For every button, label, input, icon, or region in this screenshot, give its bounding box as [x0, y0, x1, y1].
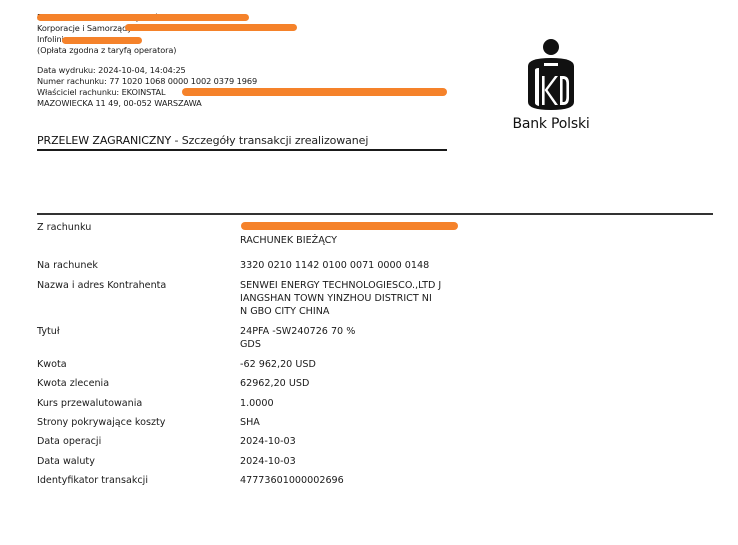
detail-label: Z rachunku: [37, 221, 237, 234]
detail-value: -62 962,20 USD: [240, 358, 455, 371]
pko-piggybank-icon: [525, 38, 577, 112]
detail-value: 1.0000: [240, 397, 455, 410]
account-number: Numer rachunku: 77 1020 1068 0000 1002 0…: [37, 76, 257, 87]
pko-logo: Bank Polski: [510, 38, 592, 132]
detail-label: Identyfikator transakcji: [37, 474, 237, 487]
detail-label: Kwota zlecenia: [37, 377, 237, 390]
title-main: PRZELEW ZAGRANICZNY: [37, 134, 171, 147]
detail-label: Kwota: [37, 358, 237, 371]
print-date-label: Data wydruku:: [37, 65, 96, 75]
detail-label: Kurs przewalutowania: [37, 397, 237, 410]
account-owner-fragment: EKOINSTAL: [122, 87, 166, 97]
detail-label: Tytuł: [37, 325, 237, 338]
redaction-bar: [37, 14, 249, 21]
detail-value: 2024-10-03: [240, 435, 455, 448]
redaction-bar: [241, 222, 458, 230]
account-owner-label: Właściciel rachunku:: [37, 87, 119, 97]
owner-address: MAZOWIECKA 11 49, 00-052 WARSZAWA: [37, 98, 202, 109]
section-divider: [37, 213, 713, 215]
redaction-bar: [62, 37, 142, 44]
redaction-bar: [182, 88, 447, 96]
detail-label: Na rachunek: [37, 259, 237, 272]
bank-name: Bank Polski: [510, 116, 592, 132]
document-title: PRZELEW ZAGRANICZNY - Szczegóły transakc…: [37, 134, 447, 151]
account-number-value: 77 1020 1068 0000 1002 0379 1969: [109, 76, 257, 86]
detail-label: Data operacji: [37, 435, 237, 448]
print-date-value: 2024-10-04, 14:04:25: [98, 65, 186, 75]
detail-value: 24PFA -SW240726 70 % GDS: [240, 325, 455, 351]
print-date: Data wydruku: 2024-10-04, 14:04:25: [37, 65, 186, 76]
detail-label: Data waluty: [37, 455, 237, 468]
title-sub: - Szczegóły transakcji zrealizowanej: [171, 134, 368, 147]
account-owner: Właściciel rachunku: EKOINSTAL: [37, 87, 165, 98]
department-line: Korporacje i Samorządy: [37, 23, 132, 34]
account-number-label: Numer rachunku:: [37, 76, 107, 86]
detail-value: 62962,20 USD: [240, 377, 455, 390]
detail-value: RACHUNEK BIEŻĄCY: [240, 234, 455, 247]
detail-label: Strony pokrywające koszty: [37, 416, 237, 429]
detail-value: SHA: [240, 416, 455, 429]
detail-value: SENWEI ENERGY TECHNOLOGIESCO.,LTD J IANG…: [240, 279, 455, 318]
detail-value: 47773601000002696: [240, 474, 455, 487]
detail-value: 3320 0210 1142 0100 0071 0000 0148: [240, 259, 455, 272]
redaction-bar: [125, 24, 297, 31]
detail-value: 2024-10-03: [240, 455, 455, 468]
detail-label: Nazwa i adres Kontrahenta: [37, 279, 237, 292]
fee-note: (Opłata zgodna z taryfą operatora): [37, 45, 176, 56]
